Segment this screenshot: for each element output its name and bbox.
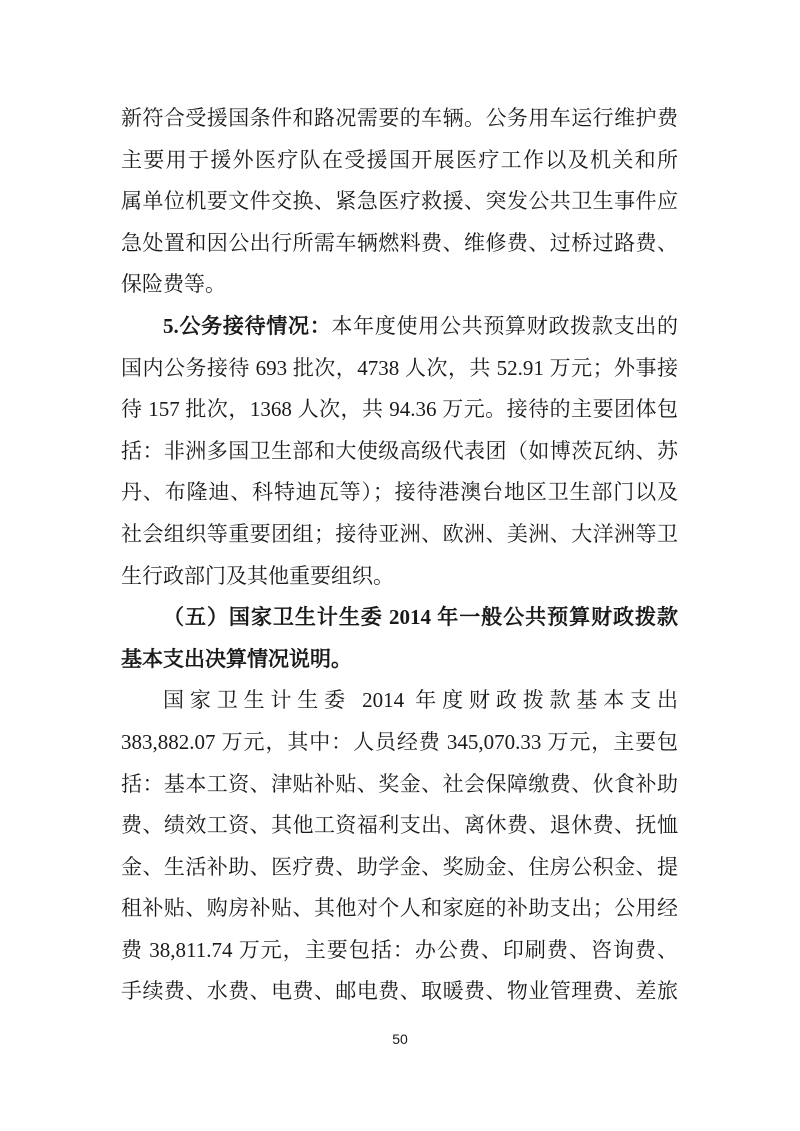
text-line: 国内公务接待 693 批次，4738 人次，共 52.91 万元；外事接 — [121, 348, 678, 390]
text-line: 金、生活补助、医疗费、助学金、奖励金、住房公积金、提 — [121, 847, 678, 889]
text-line: 属单位机要文件交换、紧急医疗救援、突发公共卫生事件应 — [121, 181, 678, 223]
text-segment: 括：非洲多国卫生部和大使级高级代表团（如博茨瓦纳、苏 — [121, 439, 678, 463]
text-line: 费 38,811.74 万元，主要包括：办公费、印刷费、咨询费、 — [121, 930, 678, 972]
bold-text-segment: 5.公务接待情况： — [163, 314, 331, 338]
text-segment: 主要用于援外医疗队在受援国开展医疗工作以及机关和所 — [121, 148, 678, 172]
text-line: 费、绩效工资、其他工资福利支出、离休费、退休费、抚恤 — [121, 805, 678, 847]
text-segment: 费 38,811.74 万元，主要包括：办公费、印刷费、咨询费、 — [121, 938, 678, 962]
text-line: 保险费等。 — [121, 264, 678, 306]
text-line: 新符合受援国条件和路况需要的车辆。公务用车运行维护费 — [121, 98, 678, 140]
text-segment: 新符合受援国条件和路况需要的车辆。公务用车运行维护费 — [121, 106, 678, 130]
text-line: 基本支出决算情况说明。 — [121, 639, 678, 681]
text-line: 丹、布隆迪、科特迪瓦等）；接待港澳台地区卫生部门以及 — [121, 472, 678, 514]
bold-text-segment: 基本支出决算情况说明。 — [121, 647, 352, 671]
text-line: 383,882.07 万元，其中：人员经费 345,070.33 万元，主要包 — [121, 722, 678, 764]
text-line: 急处置和因公出行所需车辆燃料费、维修费、过桥过路费、 — [121, 223, 678, 265]
bold-text-segment: （五）国家卫生计生委 2014 年一般公共预算财政拨款 — [163, 605, 678, 629]
text-segment: 手续费、水费、电费、邮电费、取暖费、物业管理费、差旅 — [121, 979, 678, 1003]
text-segment: 费、绩效工资、其他工资福利支出、离休费、退休费、抚恤 — [121, 813, 678, 837]
text-segment: 国家卫生计生委 2014 年度财政拨款基本支出 — [163, 688, 678, 712]
text-line: 待 157 批次，1368 人次，共 94.36 万元。接待的主要团体包 — [121, 389, 678, 431]
text-segment: 社会组织等重要团组；接待亚洲、欧洲、美洲、大洋洲等卫 — [121, 522, 678, 546]
text-line: 主要用于援外医疗队在受援国开展医疗工作以及机关和所 — [121, 140, 678, 182]
text-line: 手续费、水费、电费、邮电费、取暖费、物业管理费、差旅 — [121, 971, 678, 1013]
text-line: 生行政部门及其他重要组织。 — [121, 556, 678, 598]
text-segment: 丹、布隆迪、科特迪瓦等）；接待港澳台地区卫生部门以及 — [121, 480, 678, 504]
page-number: 50 — [0, 1031, 800, 1047]
text-segment: 括：基本工资、津贴补贴、奖金、社会保障缴费、伙食补助 — [121, 772, 678, 796]
text-segment: 生行政部门及其他重要组织。 — [121, 564, 394, 588]
text-line: 租补贴、购房补贴、其他对个人和家庭的补助支出；公用经 — [121, 888, 678, 930]
document-page: 新符合受援国条件和路况需要的车辆。公务用车运行维护费主要用于援外医疗队在受援国开… — [0, 0, 800, 1131]
text-segment: 保险费等。 — [121, 272, 226, 296]
text-segment: 急处置和因公出行所需车辆燃料费、维修费、过桥过路费、 — [121, 231, 678, 255]
document-body: 新符合受援国条件和路况需要的车辆。公务用车运行维护费主要用于援外医疗队在受援国开… — [121, 98, 678, 1013]
text-line: 社会组织等重要团组；接待亚洲、欧洲、美洲、大洋洲等卫 — [121, 514, 678, 556]
text-line: 括：基本工资、津贴补贴、奖金、社会保障缴费、伙食补助 — [121, 764, 678, 806]
text-segment: 金、生活补助、医疗费、助学金、奖励金、住房公积金、提 — [121, 855, 678, 879]
text-segment: 本年度使用公共预算财政拨款支出的 — [331, 314, 678, 338]
text-segment: 383,882.07 万元，其中：人员经费 345,070.33 万元，主要包 — [121, 730, 678, 754]
text-line: 括：非洲多国卫生部和大使级高级代表团（如博茨瓦纳、苏 — [121, 431, 678, 473]
text-segment: 国内公务接待 693 批次，4738 人次，共 52.91 万元；外事接 — [121, 356, 678, 380]
text-segment: 租补贴、购房补贴、其他对个人和家庭的补助支出；公用经 — [121, 896, 678, 920]
text-segment: 属单位机要文件交换、紧急医疗救援、突发公共卫生事件应 — [121, 189, 678, 213]
text-line: （五）国家卫生计生委 2014 年一般公共预算财政拨款 — [121, 597, 678, 639]
text-line: 国家卫生计生委 2014 年度财政拨款基本支出 — [121, 680, 678, 722]
text-segment: 待 157 批次，1368 人次，共 94.36 万元。接待的主要团体包 — [121, 397, 678, 421]
text-line: 5.公务接待情况：本年度使用公共预算财政拨款支出的 — [121, 306, 678, 348]
